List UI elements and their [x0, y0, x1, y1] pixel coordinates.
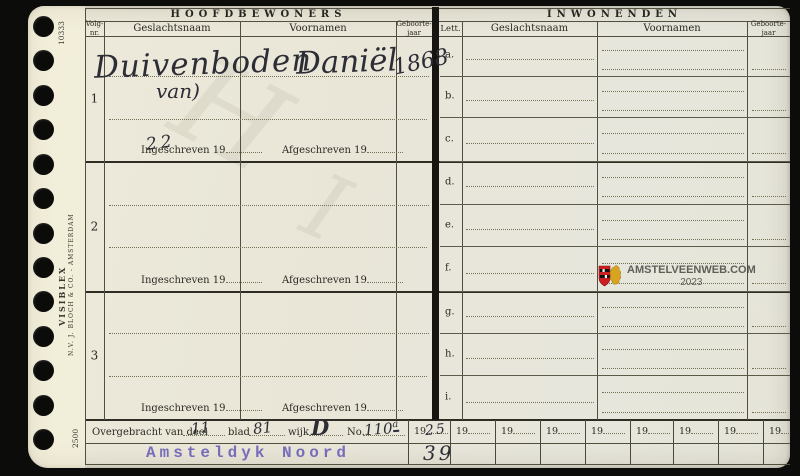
- geslachtsnaam-line: [466, 273, 594, 274]
- bottom-cell: [718, 443, 763, 464]
- stock-number-top: 10333: [57, 9, 66, 45]
- ingeschreven-dots: [226, 401, 262, 411]
- register-card: 10333 VISIBLEX N.V. J. BLOCH & CO. - AMS…: [28, 6, 790, 468]
- year-dots: [736, 425, 758, 434]
- row-letter: b.: [445, 91, 455, 102]
- punch-hole: [33, 50, 54, 71]
- year-dots: [558, 425, 580, 434]
- punch-hole: [33, 188, 54, 209]
- name-writing-line: [109, 205, 429, 206]
- punch-hole: [33, 291, 54, 312]
- printer-company: N.V. J. BLOCH & CO. - AMSTERDAM: [68, 126, 75, 356]
- afgeschreven-label: Afgeschreven 19: [282, 401, 403, 414]
- voornamen-line1: [602, 349, 744, 350]
- geboortejaar-header-line1: Geboorte-: [751, 20, 786, 28]
- afgeschreven-dots: [367, 273, 403, 283]
- punch-hole: [33, 223, 54, 244]
- hoofdbewoner-row-3: 3 Ingeschreven 19 Afgeschreven 19: [85, 293, 432, 419]
- geslachtsnaam-line: [466, 59, 594, 60]
- year-cell: 19: [673, 420, 718, 443]
- inwonende-row-b: b.: [440, 77, 790, 118]
- year-prefix: 19: [546, 426, 558, 437]
- afgeschreven-label: Afgeschreven 19: [282, 143, 403, 156]
- row-letter: g.: [445, 306, 455, 317]
- scanned-register-card-page: 10333 VISIBLEX N.V. J. BLOCH & CO. - AMS…: [0, 0, 800, 476]
- row-number: 1: [85, 91, 104, 105]
- year-dots: [468, 425, 490, 434]
- year-cell: 19: [763, 420, 790, 443]
- name-writing-line: [109, 333, 429, 334]
- watermark-year: 2023: [627, 277, 756, 288]
- year-cell: 19: [630, 420, 673, 443]
- site-watermark: AMSTELVEENWEB.COM 2023: [598, 264, 756, 288]
- ingeschreven-label: Ingeschreven 19: [141, 273, 262, 286]
- second-writing-line: [109, 247, 427, 248]
- handwritten-year: 25: [424, 421, 447, 439]
- year-prefix: 19: [679, 426, 691, 437]
- geslachtsnaam-line: [466, 402, 594, 403]
- voornamen-line2: [602, 153, 744, 154]
- punch-hole: [33, 360, 54, 381]
- voornamen-line2: [602, 368, 744, 369]
- year-cell: 19: [540, 420, 585, 443]
- volgnr-header: Volg- nr.: [85, 21, 104, 36]
- bottom-cell: [585, 443, 630, 464]
- ingeschreven-label: Ingeschreven 19: [141, 401, 262, 414]
- year-dots: [691, 425, 713, 434]
- voornamen-line1: [602, 91, 744, 92]
- handwritten-deel: 11: [190, 418, 211, 438]
- voornamen-line2: [602, 326, 744, 327]
- year-dots: [648, 425, 670, 434]
- row-letter: f.: [445, 263, 452, 274]
- ingeschreven-text: Ingeschreven 19: [141, 403, 226, 414]
- inwonende-row-g: g.: [440, 292, 790, 334]
- inwonende-row-i: i.: [440, 376, 790, 420]
- afgeschreven-text: Afgeschreven 19: [282, 145, 367, 156]
- afgeschreven-dots: [367, 143, 403, 153]
- geboortejaar-line: [752, 196, 786, 197]
- geboortejaar-line: [752, 283, 786, 284]
- voornamen-line2: [602, 110, 744, 111]
- geboortejaar-line: [752, 326, 786, 327]
- geslachtsnaam-line: [466, 100, 594, 101]
- inwonende-row-h: h.: [440, 334, 790, 376]
- punch-hole: [33, 154, 54, 175]
- year-prefix: 19: [591, 426, 603, 437]
- punch-hole: [33, 429, 54, 450]
- geslachtsnaam-line: [466, 143, 594, 144]
- row-letter: c.: [445, 133, 454, 144]
- punch-hole: [33, 119, 54, 140]
- ingeschreven-dots: [226, 273, 262, 283]
- year-cell: 1925: [408, 420, 450, 443]
- hoofd-geboortejaar-header: Geboorte- jaar: [396, 21, 432, 36]
- geboortejaar-line: [752, 368, 786, 369]
- voornamen-line1: [602, 50, 744, 51]
- row-letter: i.: [445, 392, 451, 403]
- geslachtsnaam-line: [466, 316, 594, 317]
- second-writing-line: [109, 119, 427, 120]
- inw-voornamen-header: Voornamen: [597, 21, 747, 36]
- geboortejaar-line: [752, 110, 786, 111]
- bottom-cell: [630, 443, 673, 464]
- no-label: No.: [347, 427, 365, 438]
- overgebracht-row: Overgebracht van deel blad wijk No. 11 8…: [85, 420, 408, 443]
- geboortejaar-line: [752, 69, 786, 70]
- afgeschreven-label: Afgeschreven 19: [282, 273, 403, 286]
- voornamen-line1: [602, 392, 744, 393]
- handwritten-no: 110a: [363, 419, 399, 439]
- inwonenden-title: INWONENDEN: [439, 9, 790, 20]
- handwritten-wijk: D: [311, 415, 329, 440]
- year-cell: 19: [450, 420, 495, 443]
- afgeschreven-text: Afgeschreven 19: [282, 275, 367, 286]
- year-prefix: 19: [724, 426, 736, 437]
- year-dots: [603, 425, 625, 434]
- blad-label: blad: [228, 427, 250, 438]
- hoofd-geslachtsnaam-header: Geslachtsnaam: [104, 21, 240, 36]
- second-writing-line: [109, 376, 427, 377]
- bottom-cell: [495, 443, 540, 464]
- year-prefix: 19: [636, 426, 648, 437]
- wijk-label: wijk: [288, 427, 309, 438]
- punch-hole: [33, 395, 54, 416]
- inwonende-row-c: c.: [440, 118, 790, 162]
- row-letter: d.: [445, 177, 455, 188]
- geboortejaar-line: [752, 412, 786, 413]
- bottom-cell: [450, 443, 495, 464]
- hoofdbewoner-row-2: 2 Ingeschreven 19 Afgeschreven 19: [85, 162, 432, 291]
- year-prefix: 19: [456, 426, 468, 437]
- geslachtsnaam-line: [466, 229, 594, 230]
- year-dots: [513, 425, 535, 434]
- afgeschreven-text: Afgeschreven 19: [282, 403, 367, 414]
- handwritten-geslachtsnaam-prefix: van): [156, 79, 200, 103]
- printer-brand: VISIBLEX: [57, 156, 67, 326]
- lett-header: Lett.: [439, 21, 462, 36]
- volgnr-header-line1: Volg-: [86, 20, 104, 28]
- row-letter: h.: [445, 348, 455, 359]
- watermark-text: AMSTELVEENWEB.COM 2023: [627, 264, 756, 287]
- handwritten-voornamen: Daniël: [295, 42, 398, 82]
- voornamen-line2: [602, 196, 744, 197]
- no-number: 110: [363, 419, 393, 439]
- voornamen-line2: [602, 69, 744, 70]
- inwonende-row-a: a.: [440, 36, 790, 77]
- year-strip: 1925 19 19 19 19 19 19 19 19: [408, 420, 790, 443]
- no-suffix: a: [392, 419, 399, 432]
- handwritten-blad: 81: [252, 418, 273, 438]
- row-number: 2: [85, 219, 104, 233]
- amstelveen-crest-icon: [598, 264, 624, 288]
- bottom-strip: 39: [408, 443, 790, 464]
- bottom-cell: 39: [408, 443, 450, 464]
- voornamen-line2: [602, 412, 744, 413]
- hoofd-voornamen-header: Voornamen: [240, 21, 396, 36]
- year-cell: 19: [585, 420, 630, 443]
- watermark-site: AMSTELVEENWEB.COM: [627, 264, 756, 276]
- geslachtsnaam-line: [466, 358, 594, 359]
- stock-number-bottom: 2500: [71, 416, 80, 448]
- bottom-cell: [540, 443, 585, 464]
- ingeschreven-dots: [226, 143, 262, 153]
- row-number: 3: [85, 348, 104, 362]
- geboortejaar-line: [752, 153, 786, 154]
- row-letter: e.: [445, 219, 454, 230]
- bottom-cell: [763, 443, 790, 464]
- voornamen-line1: [602, 177, 744, 178]
- year-prefix: 19: [769, 426, 781, 437]
- inwonende-row-e: e.: [440, 205, 790, 247]
- street-name-stamp: Amsteldyk Noord: [146, 444, 350, 462]
- voornamen-line1: [602, 133, 744, 134]
- ingeschreven-text: Ingeschreven 19: [141, 275, 226, 286]
- geslachtsnaam-line: [466, 186, 594, 187]
- geboortejaar-line: [752, 239, 786, 240]
- inw-geslachtsnaam-header: Geslachtsnaam: [462, 21, 597, 36]
- punch-hole: [33, 16, 54, 37]
- voornamen-line1: [602, 220, 744, 221]
- voornamen-line2: [602, 239, 744, 240]
- handwritten-geslachtsnaam: Duivenboden: [93, 42, 312, 86]
- year-cell: 19: [495, 420, 540, 443]
- inw-geboortejaar-header: Geboorte- jaar: [747, 21, 790, 36]
- afgeschreven-dots: [367, 401, 403, 411]
- inwonende-row-d: d.: [440, 162, 790, 205]
- voornamen-line1: [602, 307, 744, 308]
- handwritten-ingeschreven-year: 22: [145, 131, 177, 155]
- hoofdbewoners-title: HOOFDBEWONERS: [85, 9, 432, 20]
- bottom-cell: [673, 443, 718, 464]
- year-cell: 19: [718, 420, 763, 443]
- year-dots: [781, 425, 789, 434]
- year-prefix: 19: [501, 426, 513, 437]
- geboortejaar-header-line1: Geboorte-: [396, 20, 431, 28]
- punch-hole: [33, 326, 54, 347]
- punch-hole: [33, 257, 54, 278]
- punch-hole: [33, 85, 54, 106]
